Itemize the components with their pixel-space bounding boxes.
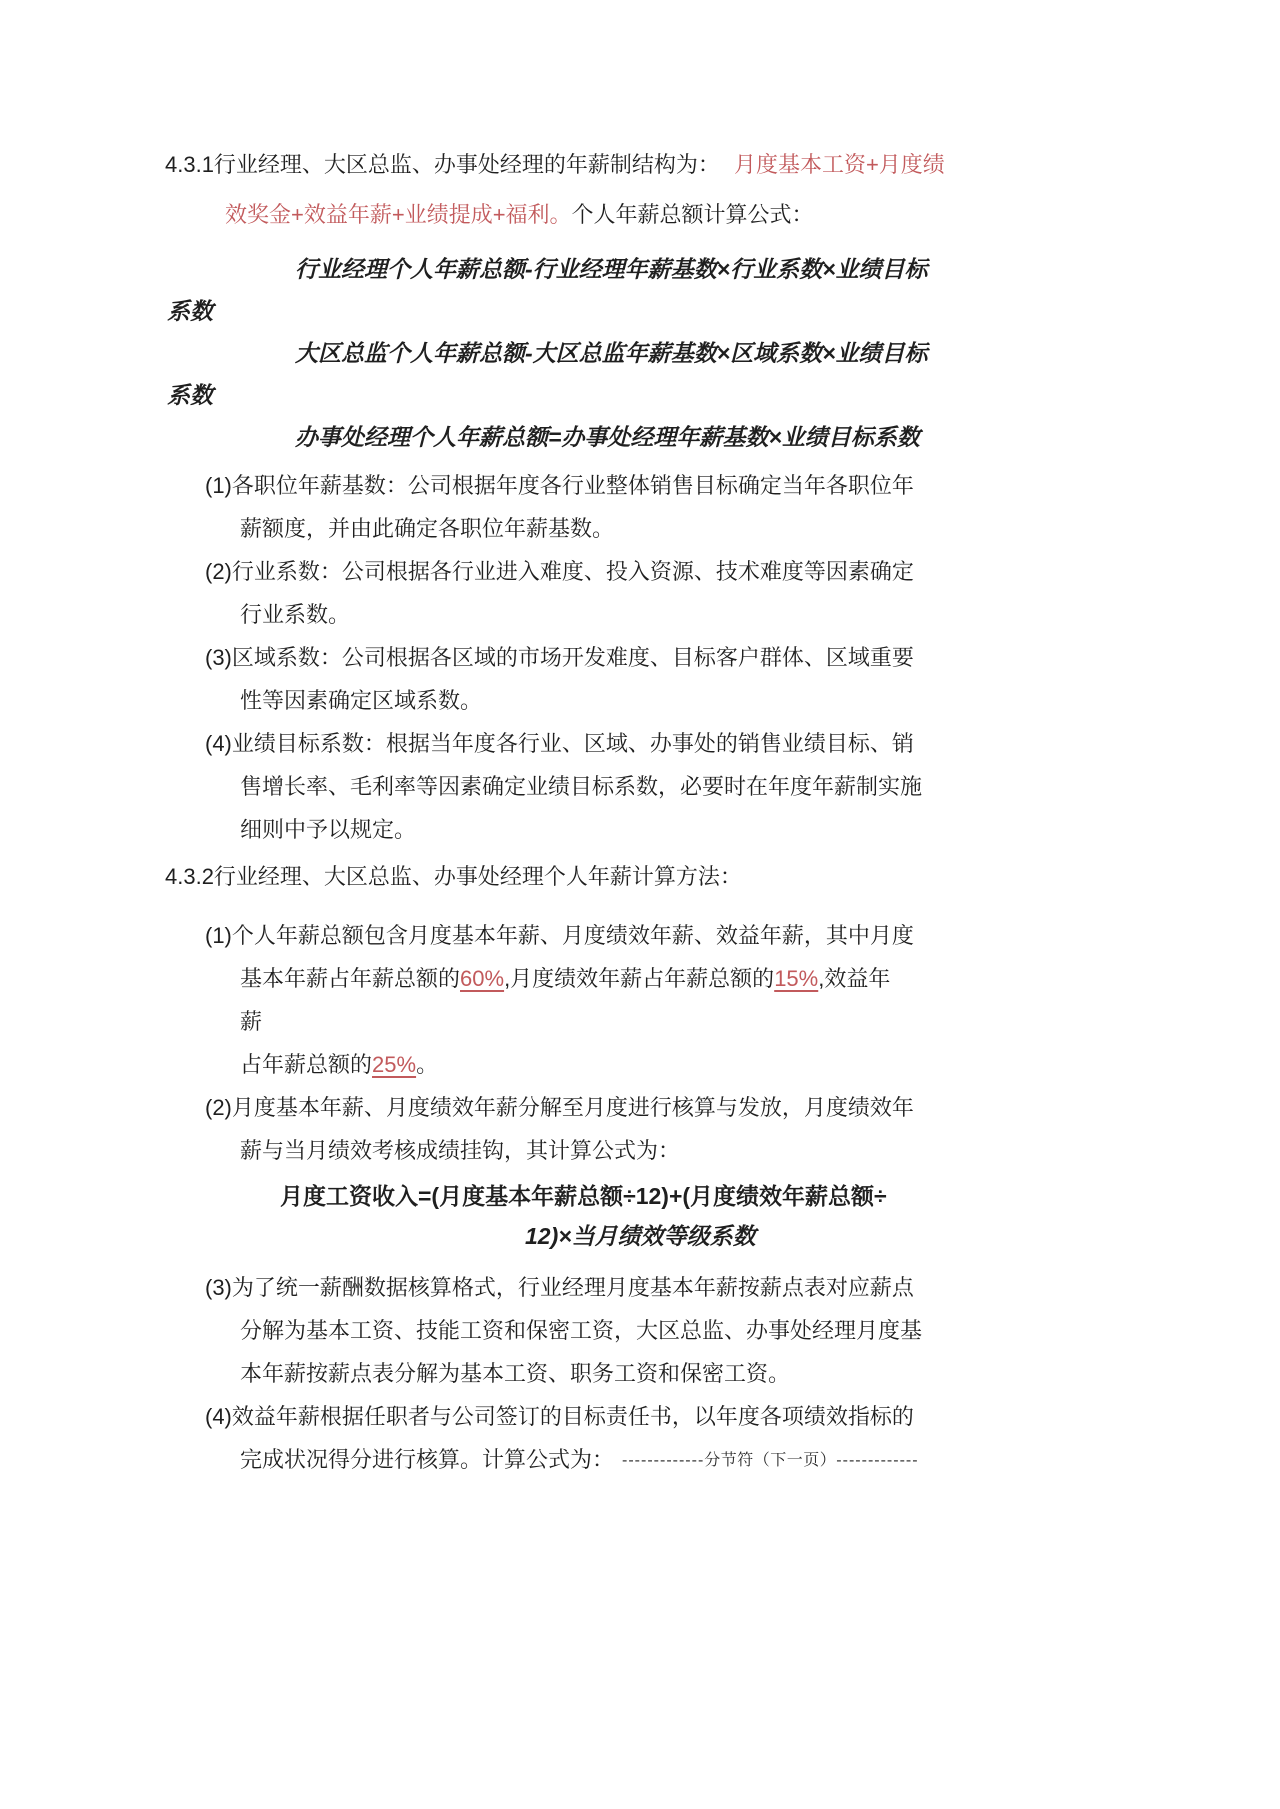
document-page: 4.3.1行业经理、大区总监、办事处经理的年薪制结构为：月度基本工资+月度绩 效…	[0, 0, 1280, 1809]
s432-item-4-line-1: (4)效益年薪根据任职者与公司签订的目标责任书，以年度各项绩效指标的	[205, 1395, 1280, 1438]
formula-industry-manager-line1: 行业经理个人年薪总额-行业经理年薪基数×行业系数×业绩目标	[295, 248, 1280, 290]
s432-items: (1)个人年薪总额包含月度基本年薪、月度绩效年薪、效益年薪，其中月度 基本年薪占…	[165, 914, 1280, 1481]
s432-item-4-line-2: 完成状况得分进行核算。计算公式为：-------------分节符（下一页）--…	[240, 1438, 1280, 1481]
item-marker: (2)	[205, 559, 232, 584]
monthly-salary-formula-line2: 12)×当月绩效等级系数	[525, 1216, 1280, 1256]
section-break-marker: -------------分节符（下一页）-------------	[622, 1452, 919, 1469]
s432-item-2: (2)月度基本年薪、月度绩效年薪分解至月度进行核算与发放，月度绩效年 薪与当月绩…	[165, 1086, 1280, 1172]
formula-office-manager: 办事处经理个人年薪总额=办事处经理年薪基数×业绩目标系数	[295, 416, 1280, 458]
percent-monthly-performance-15: 15%	[774, 966, 818, 991]
item-marker: (3)	[205, 645, 232, 670]
s431-formula-block: 行业经理个人年薪总额-行业经理年薪基数×行业系数×业绩目标 系数 大区总监个人年…	[165, 248, 1280, 458]
item-text: 月度基本年薪、月度绩效年薪分解至月度进行核算与发放，月度绩效年	[232, 1095, 914, 1120]
monthly-salary-formula: 月度工资收入=(月度基本年薪总额÷12)+(月度绩效年薪总额÷ 12)×当月绩效…	[165, 1176, 1280, 1256]
s432-item-1: (1)个人年薪总额包含月度基本年薪、月度绩效年薪、效益年薪，其中月度 基本年薪占…	[165, 914, 1280, 1086]
s432-item-3-line-2: 分解为基本工资、技能工资和保密工资，大区总监、办事处经理月度基	[240, 1309, 1280, 1352]
item-marker: (4)	[205, 1404, 232, 1429]
s431-item-4-line-1: (4)业绩目标系数：根据当年度各行业、区域、办事处的销售业绩目标、销	[205, 722, 1280, 765]
item-text: 区域系数：公司根据各区域的市场开发难度、目标客户群体、区域重要	[232, 645, 914, 670]
item-text: ,月度绩效年薪占年薪总额的	[504, 966, 774, 991]
s431-intro-line-2: 效奖金+效益年薪+业绩提成+福利。个人年薪总额计算公式：	[225, 190, 1280, 240]
s431-item-1-line-2: 薪额度，并由此确定各职位年薪基数。	[240, 507, 1280, 550]
s432-item-3: (3)为了统一薪酬数据核算格式，行业经理月度基本年薪按薪点表对应薪点 分解为基本…	[165, 1266, 1280, 1395]
item-text: 行业系数：公司根据各行业进入难度、投入资源、技术难度等因素确定	[232, 559, 914, 584]
percent-benefit-25: 25%	[372, 1052, 416, 1077]
s431-item-3: (3)区域系数：公司根据各区域的市场开发难度、目标客户群体、区域重要 性等因素确…	[165, 636, 1280, 722]
s431-item-1: (1)各职位年薪基数：公司根据年度各行业整体销售目标确定当年各职位年 薪额度，并…	[165, 464, 1280, 550]
s432-item-1-line-1: (1)个人年薪总额包含月度基本年薪、月度绩效年薪、效益年薪，其中月度	[205, 914, 1280, 957]
item-text: 。	[416, 1052, 438, 1077]
s431-item-3-line-2: 性等因素确定区域系数。	[240, 679, 1280, 722]
s431-intro-line-1: 4.3.1行业经理、大区总监、办事处经理的年薪制结构为：月度基本工资+月度绩	[165, 140, 1280, 190]
s431-item-2-line-2: 行业系数。	[240, 593, 1280, 636]
s432-item-3-line-3: 本年薪按薪点表分解为基本工资、职务工资和保密工资。	[240, 1352, 1280, 1395]
s432-item-4: (4)效益年薪根据任职者与公司签订的目标责任书，以年度各项绩效指标的 完成状况得…	[165, 1395, 1280, 1481]
s432-heading: 4.3.2行业经理、大区总监、办事处经理个人年薪计算方法：	[165, 855, 1280, 898]
s432-item-3-line-1: (3)为了统一薪酬数据核算格式，行业经理月度基本年薪按薪点表对应薪点	[205, 1266, 1280, 1309]
item-text: 个人年薪总额包含月度基本年薪、月度绩效年薪、效益年薪，其中月度	[232, 923, 914, 948]
s431-item-2-line-1: (2)行业系数：公司根据各行业进入难度、投入资源、技术难度等因素确定	[205, 550, 1280, 593]
s431-structure-red-part2: 效奖金+效益年薪+业绩提成+福利。	[225, 202, 572, 227]
percent-monthly-base-60: 60%	[460, 966, 504, 991]
item-text: 为了统一薪酬数据核算格式，行业经理月度基本年薪按薪点表对应薪点	[232, 1275, 914, 1300]
monthly-salary-formula-line1: 月度工资收入=(月度基本年薪总额÷12)+(月度绩效年薪总额÷	[280, 1176, 1280, 1216]
formula-region-director-line1: 大区总监个人年薪总额-大区总监年薪基数×区域系数×业绩目标	[295, 332, 1280, 374]
s431-intro-paragraph: 4.3.1行业经理、大区总监、办事处经理的年薪制结构为：月度基本工资+月度绩 效…	[165, 140, 1280, 240]
item-text: 基本年薪占年薪总额的	[240, 966, 460, 991]
item-text: 完成状况得分进行核算。计算公式为：	[240, 1447, 614, 1472]
s432-item-2-line-2: 薪与当月绩效考核成绩挂钩，其计算公式为：	[240, 1129, 1280, 1172]
s432-item-1-line-2: 基本年薪占年薪总额的60%,月度绩效年薪占年薪总额的15%,效益年	[240, 957, 1280, 1000]
s431-item-2: (2)行业系数：公司根据各行业进入难度、投入资源、技术难度等因素确定 行业系数。	[165, 550, 1280, 636]
item-text: 效益年薪根据任职者与公司签订的目标责任书，以年度各项绩效指标的	[232, 1404, 914, 1429]
item-marker: (2)	[205, 1095, 232, 1120]
s431-heading-text: 4.3.1行业经理、大区总监、办事处经理的年薪制结构为：	[165, 152, 720, 177]
item-marker: (1)	[205, 923, 232, 948]
item-text: 各职位年薪基数：公司根据年度各行业整体销售目标确定当年各职位年	[232, 473, 914, 498]
s431-item-3-line-1: (3)区域系数：公司根据各区域的市场开发难度、目标客户群体、区域重要	[205, 636, 1280, 679]
section-break-label: 分节符（下一页）	[704, 1452, 836, 1469]
item-text: 业绩目标系数：根据当年度各行业、区域、办事处的销售业绩目标、销	[232, 731, 914, 756]
item-text: 占年薪总额的	[240, 1052, 372, 1077]
s431-item-4-line-2: 售增长率、毛利率等因素确定业绩目标系数，必要时在年度年薪制实施	[240, 765, 1280, 808]
formula-industry-manager-line2: 系数	[167, 290, 1280, 332]
s431-item-1-line-1: (1)各职位年薪基数：公司根据年度各行业整体销售目标确定当年各职位年	[205, 464, 1280, 507]
item-marker: (3)	[205, 1275, 232, 1300]
section-break-dashes-right: -------------	[836, 1452, 918, 1469]
section-break-dashes-left: -------------	[622, 1452, 704, 1469]
s431-items: (1)各职位年薪基数：公司根据年度各行业整体销售目标确定当年各职位年 薪额度，并…	[165, 464, 1280, 851]
s431-item-4: (4)业绩目标系数：根据当年度各行业、区域、办事处的销售业绩目标、销 售增长率、…	[165, 722, 1280, 851]
item-marker: (4)	[205, 731, 232, 756]
formula-region-director-line2: 系数	[167, 374, 1280, 416]
s432-item-1-line-4: 占年薪总额的25%。	[240, 1043, 1280, 1086]
item-text: ,效益年	[818, 966, 890, 991]
item-marker: (1)	[205, 473, 232, 498]
s431-intro-black2: 个人年薪总额计算公式：	[572, 202, 814, 227]
s431-structure-red-part1: 月度基本工资+月度绩	[734, 152, 945, 177]
s432-item-2-line-1: (2)月度基本年薪、月度绩效年薪分解至月度进行核算与发放，月度绩效年	[205, 1086, 1280, 1129]
s431-item-4-line-3: 细则中予以规定。	[240, 808, 1280, 851]
s432-item-1-line-3: 薪	[240, 1000, 1280, 1043]
